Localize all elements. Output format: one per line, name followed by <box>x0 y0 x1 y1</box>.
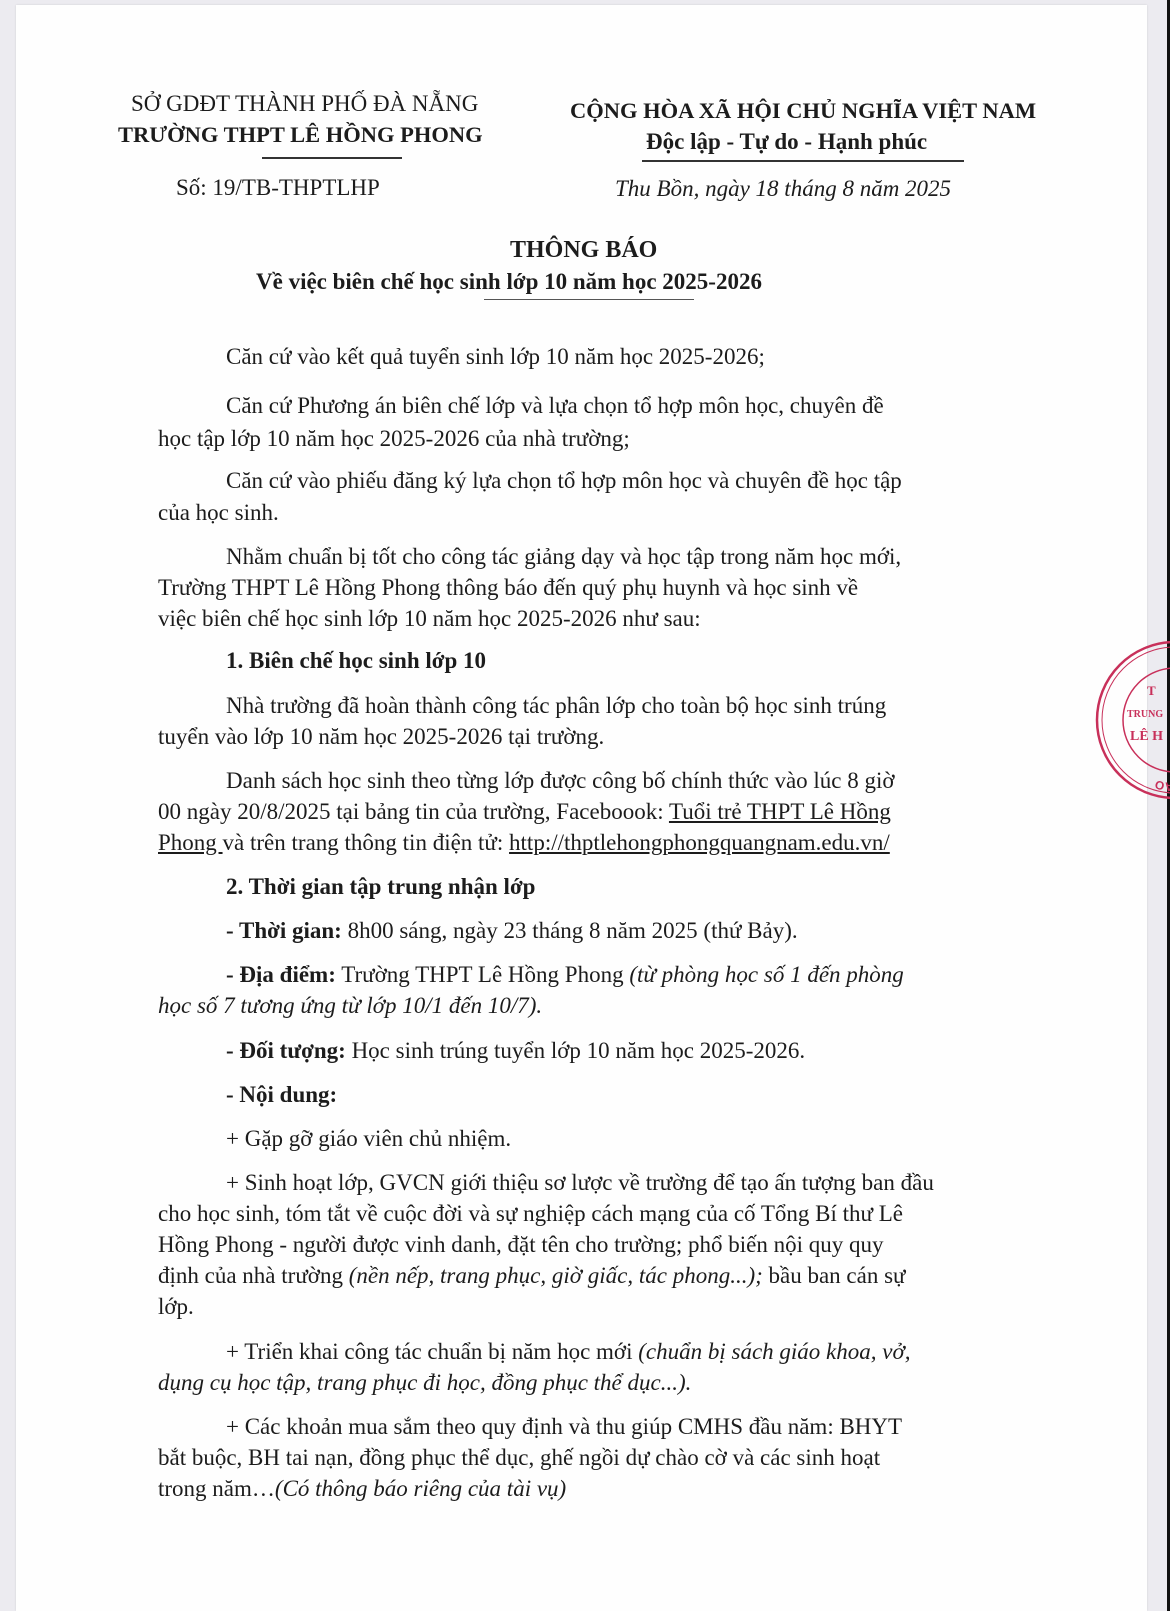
content-label: - Nội dung: <box>226 1079 337 1111</box>
section-1-text-span: 00 ngày 20/8/2025 tại bảng tin của trườn… <box>158 799 669 824</box>
section-1-text: Danh sách học sinh theo từng lớp được cô… <box>226 765 895 797</box>
school-name: TRƯỜNG THPT LÊ HỒNG PHONG <box>118 122 483 148</box>
preamble-line: Trường THPT Lê Hồng Phong thông báo đến … <box>158 572 858 604</box>
target-value: Học sinh trúng tuyển lớp 10 năm học 2025… <box>346 1038 805 1063</box>
facebook-link-continued[interactable]: Phong <box>158 830 223 855</box>
place-note: (từ phòng học số 1 đến phòng <box>629 962 903 987</box>
preamble-line: Căn cứ vào phiếu đăng ký lựa chọn tổ hợp… <box>226 465 902 497</box>
content-item: trong năm…(Có thông báo riêng của tài vụ… <box>158 1473 566 1505</box>
section-1-text: 00 ngày 20/8/2025 tại bảng tin của trườn… <box>158 796 891 828</box>
section-1-text: Phong và trên trang thông tin điện tử: h… <box>158 827 890 859</box>
stamp-seal-icon: GIÁO DỤC VÀ ĐÀO T TRUNG LÊ H <box>1085 635 1170 805</box>
place-value: Trường THPT Lê Hồng Phong <box>336 962 629 987</box>
content-item-note: (nền nếp, trang phục, giờ giấc, tác phon… <box>349 1263 763 1288</box>
target-label: - Đối tượng: <box>226 1038 346 1063</box>
national-motto: Độc lập - Tự do - Hạnh phúc <box>646 129 927 155</box>
preamble-line: của học sinh. <box>158 497 279 529</box>
facebook-link[interactable]: Tuổi trẻ THPT Lê Hồng <box>669 799 891 824</box>
section-2-heading: 2. Thời gian tập trung nhận lớp <box>226 871 535 903</box>
motto-underline <box>642 160 964 162</box>
document-number: Số: 19/TB-THPTLHP <box>176 175 380 201</box>
content-item-span: trong năm… <box>158 1476 275 1501</box>
document-page: SỞ GDĐT THÀNH PHỐ ĐÀ NẴNG TRƯỜNG THPT LÊ… <box>16 5 1147 1611</box>
content-item-note: (chuẩn bị sách giáo khoa, vở, <box>638 1339 910 1364</box>
section-1-text: tuyển vào lớp 10 năm học 2025-2026 tại t… <box>158 721 604 753</box>
content-item: + Các khoản mua sắm theo quy định và thu… <box>226 1411 902 1443</box>
department-name: SỞ GDĐT THÀNH PHỐ ĐÀ NẴNG <box>131 91 478 117</box>
website-link[interactable]: http://thptlehongphongquangnam.edu.vn/ <box>509 830 890 855</box>
notice-subtitle: Về việc biên chế học sinh lớp 10 năm học… <box>256 269 762 295</box>
preamble-line: việc biên chế học sinh lớp 10 năm học 20… <box>158 603 701 635</box>
content-item: cho học sinh, tóm tắt về cuộc đời và sự … <box>158 1198 903 1230</box>
content-item: bắt buộc, BH tai nạn, đồng phục thể dục,… <box>158 1442 880 1474</box>
time-value: 8h00 sáng, ngày 23 tháng 8 năm 2025 (thứ… <box>342 918 798 943</box>
content-item: định của nhà trường (nền nếp, trang phục… <box>158 1260 906 1292</box>
content-item-span: bầu ban cán sự <box>763 1263 906 1288</box>
section-1-text: Nhà trường đã hoàn thành công tác phân l… <box>226 690 886 722</box>
content-item: lớp. <box>158 1291 194 1323</box>
school-name-underline <box>262 157 402 159</box>
svg-text:TRUNG: TRUNG <box>1127 709 1163 720</box>
content-item: + Sinh hoạt lớp, GVCN giới thiệu sơ lược… <box>226 1167 934 1199</box>
preamble-line: học tập lớp 10 năm học 2025-2026 của nhà… <box>158 423 630 455</box>
target-line: - Đối tượng: Học sinh trúng tuyển lớp 10… <box>226 1035 805 1067</box>
preamble-line: Căn cứ vào kết quả tuyển sinh lớp 10 năm… <box>226 341 765 373</box>
svg-text:LÊ H: LÊ H <box>1130 727 1163 744</box>
place-label: - Địa điểm: <box>226 962 336 987</box>
preamble-line: Nhằm chuẩn bị tốt cho công tác giảng dạy… <box>226 541 901 573</box>
content-item: + Triển khai công tác chuẩn bị năm học m… <box>226 1336 910 1368</box>
time-line: - Thời gian: 8h00 sáng, ngày 23 tháng 8 … <box>226 915 798 947</box>
school-stamp: GIÁO DỤC VÀ ĐÀO T TRUNG LÊ H <box>1085 635 1170 805</box>
preamble-line: Căn cứ Phương án biên chế lớp và lựa chọ… <box>226 390 884 422</box>
content-item-note: (Có thông báo riêng của tài vụ) <box>275 1476 566 1501</box>
time-label: - Thời gian: <box>226 918 342 943</box>
content-item: Hồng Phong - người được vinh danh, đặt t… <box>158 1229 883 1261</box>
place-line: - Địa điểm: Trường THPT Lê Hồng Phong (t… <box>226 959 904 991</box>
section-1-heading: 1. Biên chế học sinh lớp 10 <box>226 645 486 677</box>
place-note-continued: học số 7 tương ứng từ lớp 10/1 đến 10/7)… <box>158 990 542 1022</box>
content-item: + Gặp gỡ giáo viên chủ nhiệm. <box>226 1123 511 1155</box>
national-title: CỘNG HÒA XÃ HỘI CHỦ NGHĨA VIỆT NAM <box>570 98 1036 124</box>
subtitle-underline <box>484 299 694 300</box>
content-item-span: định của nhà trường <box>158 1263 349 1288</box>
section-1-text-span: và trên trang thông tin điện tử: <box>223 830 510 855</box>
content-item-span: + Triển khai công tác chuẩn bị năm học m… <box>226 1339 638 1364</box>
notice-title: THÔNG BÁO <box>510 237 657 264</box>
content-item: dụng cụ học tập, trang phục đi học, đồng… <box>158 1367 691 1399</box>
svg-text:T: T <box>1147 683 1156 698</box>
place-date: Thu Bồn, ngày 18 tháng 8 năm 2025 <box>615 176 951 202</box>
